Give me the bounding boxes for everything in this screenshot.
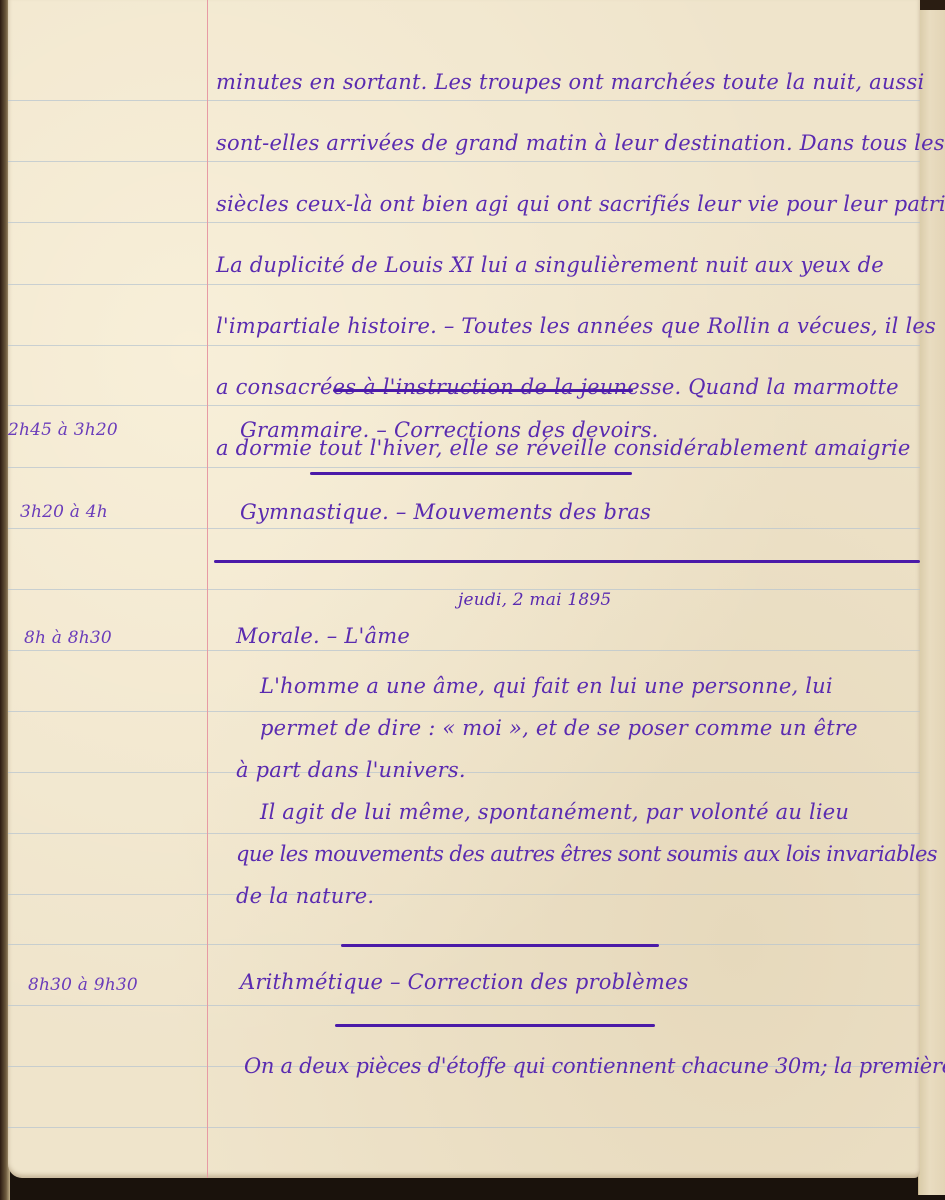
day-divider	[214, 560, 920, 563]
schedule-subject-grammaire: Grammaire. – Corrections des devoirs.	[240, 418, 658, 442]
margin-line	[207, 0, 208, 1178]
dictation-line: l'impartiale histoire. – Toutes les anné…	[216, 314, 936, 338]
section-divider	[335, 1024, 655, 1027]
schedule-time: 3h20 à 4h	[20, 502, 108, 522]
section-divider	[310, 472, 632, 475]
ruled-line	[8, 100, 920, 101]
schedule-time: 2h45 à 3h20	[8, 420, 118, 440]
morale-line: L'homme a une âme, qui fait en lui une p…	[260, 674, 833, 698]
notebook-page: minutes en sortant. Les troupes ont marc…	[8, 0, 920, 1178]
ruled-line	[8, 222, 920, 223]
section-divider	[333, 389, 633, 392]
morale-title: Morale. – L'âme	[236, 624, 410, 648]
morale-line: de la nature.	[236, 884, 374, 908]
dictation-line: a consacrées à l'instruction de la jeune…	[216, 375, 899, 399]
dictation-line: sont-elles arrivées de grand matin à leu…	[216, 131, 945, 155]
ruled-line	[8, 405, 920, 406]
schedule-time: 8h à 8h30	[24, 628, 112, 648]
morale-line: que les mouvements des autres êtres sont…	[236, 842, 937, 866]
book-cover-top	[918, 0, 945, 10]
ruled-line	[8, 528, 920, 529]
dictation-line: minutes en sortant. Les troupes ont marc…	[216, 70, 924, 94]
adjacent-page-edge	[918, 0, 945, 1195]
section-divider	[341, 944, 659, 947]
ruled-line	[8, 161, 920, 162]
ruled-line	[8, 345, 920, 346]
ruled-line	[8, 1127, 920, 1128]
arithmetique-line: On a deux pièces d'étoffe qui contiennen…	[244, 1054, 945, 1078]
entry-date: jeudi, 2 mai 1895	[458, 590, 611, 610]
ruled-line	[8, 467, 920, 468]
morale-line: à part dans l'univers.	[236, 758, 466, 782]
schedule-subject-gymnastique: Gymnastique. – Mouvements des bras	[240, 500, 651, 524]
dictation-line: siècles ceux-là ont bien agi qui ont sac…	[216, 192, 945, 216]
morale-line: permet de dire : « moi », et de se poser…	[260, 716, 858, 740]
arithmetique-title: Arithmétique – Correction des problèmes	[240, 970, 689, 994]
morale-line: Il agit de lui même, spontanément, par v…	[260, 800, 849, 824]
ruled-line	[8, 284, 920, 285]
dictation-line: La duplicité de Louis XI lui a singulièr…	[216, 253, 884, 277]
ruled-line	[8, 650, 920, 651]
ruled-line	[8, 833, 920, 834]
ruled-line	[8, 1005, 920, 1006]
ruled-line	[8, 711, 920, 712]
ruled-line	[8, 894, 920, 895]
schedule-time: 8h30 à 9h30	[28, 975, 138, 995]
